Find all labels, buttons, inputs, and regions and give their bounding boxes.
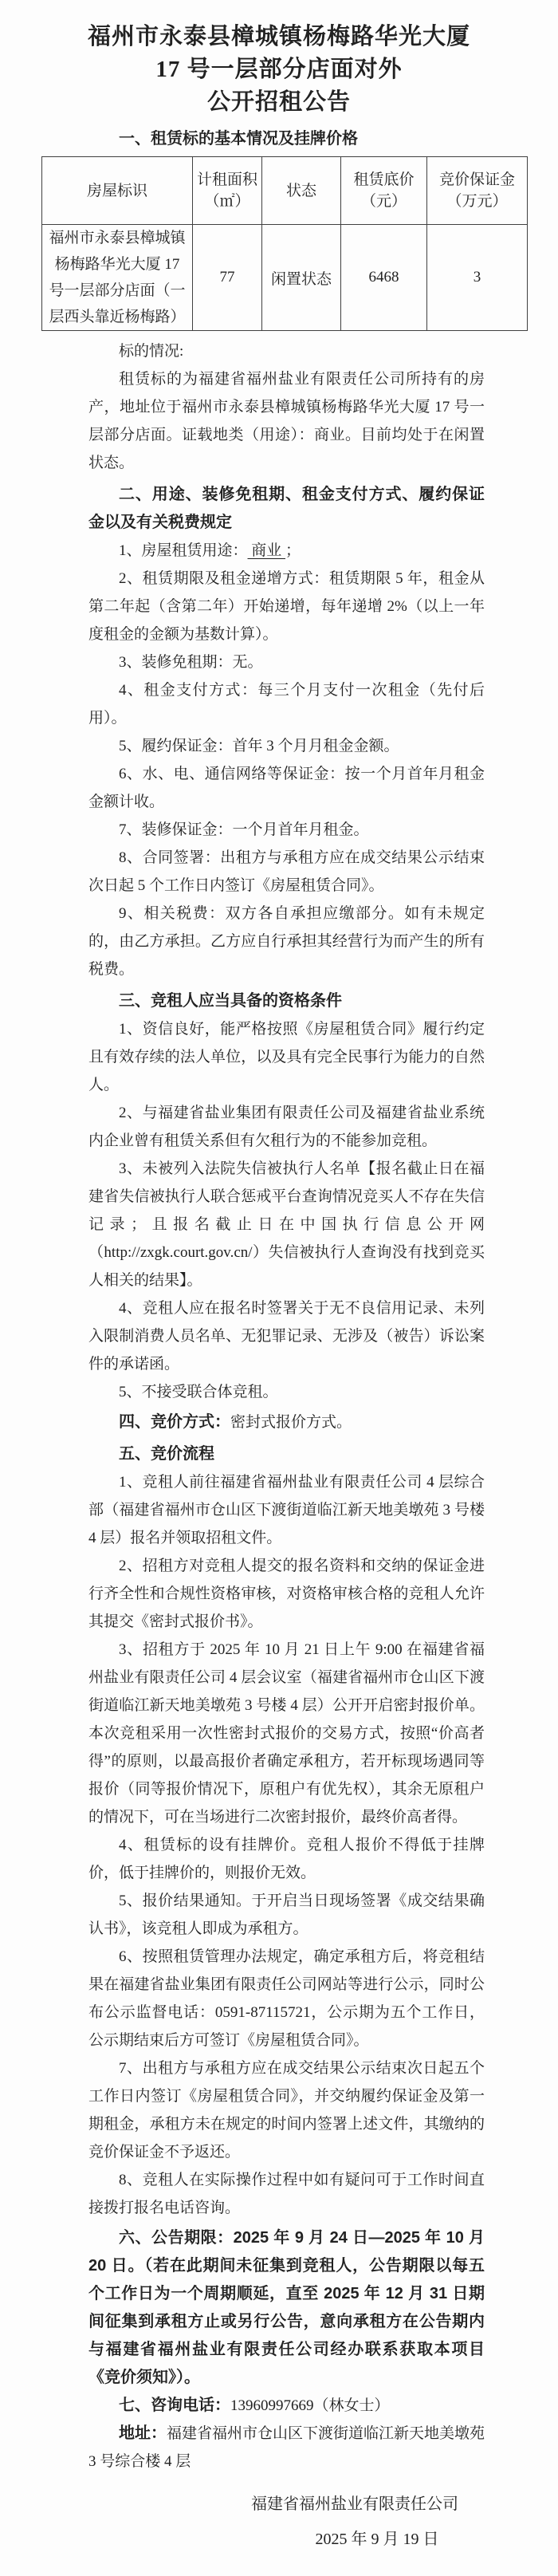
section2-item-7: 7、装修保证金：一个月首年月租金。 — [88, 816, 485, 844]
section5-item-7: 7、出租方与承租方应在成交结果公示结束次日起五个工作日内签订《房屋租赁合同》，并… — [88, 2054, 485, 2166]
title-line-2: 17 号一层部分店面对外 — [0, 53, 558, 86]
col-header-area: 计租面积（㎡） — [193, 157, 262, 225]
section2-item-1: 1、房屋租赁用途： 商业 ； — [88, 537, 485, 565]
section5-item-1: 1、竞租人前往福建省福州盐业有限责任公司 4 层综合部（福建省福州市仓山区下渡街… — [88, 1468, 485, 1552]
section3-item-2: 2、与福建省盐业集团有限责任公司及福建省盐业系统内企业曾有租赁关系但有欠租行为的… — [88, 1099, 485, 1155]
section3-item-5: 5、不接受联合体竞租。 — [88, 1378, 485, 1406]
section6-notice-period: 六、公告期限：2025 年 9 月 24 日—2025 年 10 月 20 日。… — [88, 2224, 485, 2392]
section3-item-4: 4、竞租人应在报名时签署关于无不良信用记录、未列入限制消费人员名单、无犯罪记录、… — [88, 1294, 485, 1378]
rental-announcement-document: 福州市永泰县樟城镇杨梅路华光大厦 17 号一层部分店面对外 公开招租公告 一、租… — [0, 0, 558, 2576]
section3-heading: 三、竞租人应当具备的资格条件 — [88, 987, 485, 1015]
col-header-bid-deposit: 竞价保证金（万元） — [427, 157, 528, 225]
section5-item-8: 8、竞租人在实际操作过程中如有疑问可于工作时间直接拨打报名电话咨询。 — [88, 2166, 485, 2222]
lease-info-table: 房屋标识 计租面积（㎡） 状态 租赁底价（元） 竞价保证金（万元） 福州市永泰县… — [41, 156, 528, 331]
cell-bid-deposit: 3 — [427, 225, 528, 331]
address-label: 地址： — [119, 2424, 167, 2442]
section5-item-6: 6、按照租赁管理办法规定，确定承租方后，将竞租结果在福建省盐业集团有限责任公司网… — [88, 1943, 485, 2054]
title-line-3: 公开招租公告 — [0, 86, 558, 119]
subject-description: 租赁标的为福建省福州盐业有限责任公司所持有的房产，地址位于福州市永泰县樟城镇杨梅… — [88, 365, 485, 477]
section2-item-2: 2、租赁期限及租金递增方式：租赁期限 5 年，租金从第二年起（含第二年）开始递增… — [88, 565, 485, 648]
cell-base-price: 6468 — [341, 225, 427, 331]
subject-note-label: 标的情况: — [88, 337, 485, 365]
item1-suffix: ； — [285, 542, 301, 559]
issuer-company: 福建省福州盐业有限责任公司 — [151, 2487, 558, 2522]
section3-item-1: 1、资信良好，能严格按照《房屋租赁合同》履行约定且有效存续的法人单位，以及具有完… — [88, 1015, 485, 1099]
section5-item-4: 4、租赁标的设有挂牌价。竞租人报价不得低于挂牌价，低于挂牌价的，则报价无效。 — [88, 1831, 485, 1887]
title-line-1: 福州市永泰县樟城镇杨梅路华光大厦 — [0, 21, 558, 53]
section2-heading: 二、用途、装修免租期、租金支付方式、履约保证金以及有关税费规定 — [88, 481, 485, 537]
section2-item-9: 9、相关税费：双方各自承担应缴部分。如有未规定的，由乙方承担。乙方应自行承担其经… — [88, 900, 485, 983]
issue-date: 2025 年 9 月 19 日 — [151, 2522, 558, 2557]
section2-item-3: 3、装修免租期：无。 — [88, 648, 485, 676]
col-header-house-id: 房屋标识 — [42, 157, 193, 225]
section3-item-3: 3、未被列入法院失信被执行人名单【报名截止日在福建省失信被执行人联合惩戒平台查询… — [88, 1155, 485, 1294]
phone-label: 七、咨询电话： — [119, 2397, 230, 2414]
section2-item-8: 8、合同签署：出租方与承租方应在成交结果公示结束次日起 5 个工作日内签订《房屋… — [88, 844, 485, 900]
col-header-base-price: 租赁底价（元） — [341, 157, 427, 225]
item1-underlined-value: 商业 — [248, 542, 286, 559]
document-footer: 福建省福州盐业有限责任公司 2025 年 9 月 19 日 — [151, 2487, 558, 2557]
section5-heading: 五、竞价流程 — [88, 1440, 485, 1468]
section2-item-5: 5、履约保证金：首年 3 个月月租金金额。 — [88, 732, 485, 760]
document-title: 福州市永泰县樟城镇杨梅路华光大厦 17 号一层部分店面对外 公开招租公告 — [0, 0, 558, 119]
table-header-row: 房屋标识 计租面积（㎡） 状态 租赁底价（元） 竞价保证金（万元） — [42, 157, 528, 225]
item1-prefix: 1、房屋租赁用途： — [119, 542, 248, 559]
phone-number: 13960997669（林女士） — [230, 2397, 390, 2414]
section5-item-5: 5、报价结果通知。于开启当日现场签署《成交结果确认书》，该竞租人即成为承租方。 — [88, 1887, 485, 1943]
section4-line: 四、竞价方式：密封式报价方式。 — [88, 1408, 485, 1436]
section7-phone-line: 七、咨询电话：13960997669（林女士） — [88, 2392, 485, 2420]
section5-item-3: 3、招租方于 2025 年 10 月 21 日上午 9:00 在福建省福州盐业有… — [88, 1636, 485, 1831]
col-header-status: 状态 — [262, 157, 341, 225]
section4-text: 密封式报价方式。 — [230, 1414, 352, 1431]
cell-house-id: 福州市永泰县樟城镇杨梅路华光大厦 17 号一层部分店面（一层西头靠近杨梅路） — [42, 225, 193, 331]
section2-item-6: 6、水、电、通信网络等保证金：按一个月首年月租金金额计收。 — [88, 760, 485, 816]
cell-area: 77 — [193, 225, 262, 331]
section4-label: 四、竞价方式： — [119, 1413, 230, 1431]
section2-item-4: 4、租金支付方式：每三个月支付一次租金（先付后用）。 — [88, 676, 485, 732]
section1-heading: 一、租赁标的基本情况及挂牌价格 — [88, 125, 485, 153]
section7-address-line: 地址：福建省福州市仓山区下渡街道临江新天地美墩苑 3 号综合楼 4 层 — [88, 2420, 485, 2476]
cell-status: 闲置状态 — [262, 225, 341, 331]
section5-item-2: 2、招租方对竞租人提交的报名资料和交纳的保证金进行齐全性和合规性资格审核，对资格… — [88, 1552, 485, 1636]
table-row: 福州市永泰县樟城镇杨梅路华光大厦 17 号一层部分店面（一层西头靠近杨梅路） 7… — [42, 225, 528, 331]
